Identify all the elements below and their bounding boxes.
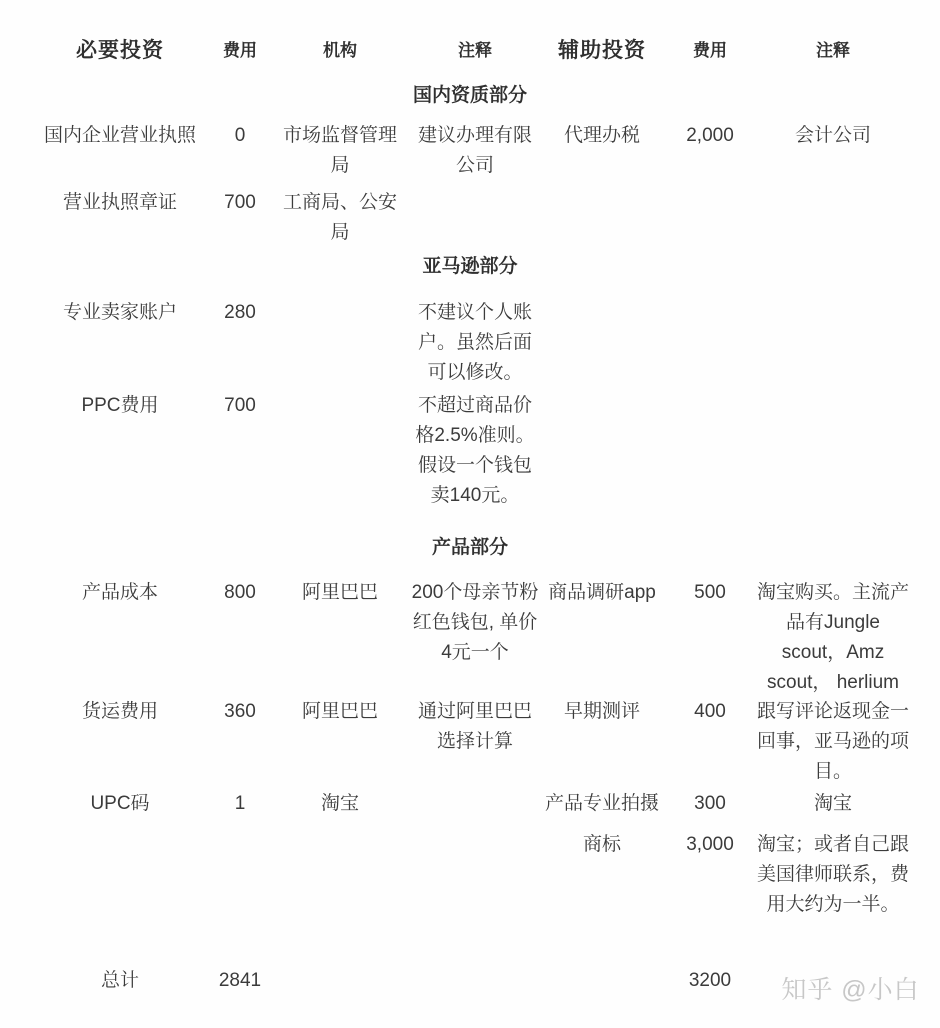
aux-fee-cell: 500 bbox=[668, 578, 752, 608]
aux-item-name-cell: 代理办税 bbox=[535, 121, 669, 151]
note-cell: 200个母亲节粉红色钱包, 单价4元一个 bbox=[410, 578, 540, 668]
note-cell: 不建议个人账户。虽然后面可以修改。 bbox=[410, 298, 540, 388]
aux-note-cell: 淘宝购买。主流产品有Jungle scout，Amz scout， herliu… bbox=[753, 578, 913, 698]
note-cell: 通过阿里巴巴选择计算 bbox=[410, 697, 540, 757]
fee-cell: 280 bbox=[200, 298, 280, 328]
item-name-cell: PPC费用 bbox=[15, 391, 225, 421]
total-auxiliary-value: 3200 bbox=[668, 966, 752, 996]
institution-cell: 市场监督管理局 bbox=[276, 121, 404, 181]
aux-fee-cell: 2,000 bbox=[668, 121, 752, 151]
aux-item-name-cell: 产品专业拍摄 bbox=[535, 789, 669, 819]
column-header-auxiliary-investment: 辅助投资 bbox=[535, 36, 669, 66]
item-name-cell: 货运费用 bbox=[15, 697, 225, 727]
item-name-cell: 营业执照章证 bbox=[15, 188, 225, 218]
aux-note-cell: 淘宝；或者自己跟美国律师联系，费用大约为一半。 bbox=[753, 830, 913, 920]
item-name-cell: 专业卖家账户 bbox=[15, 298, 225, 328]
column-header-fee-left: 费用 bbox=[200, 36, 280, 66]
aux-note-cell: 淘宝 bbox=[753, 789, 913, 819]
aux-item-name-cell: 商品调研app bbox=[535, 578, 669, 608]
item-name-cell: 国内企业营业执照 bbox=[15, 121, 225, 151]
aux-fee-cell: 3,000 bbox=[668, 830, 752, 860]
item-name-cell: 产品成本 bbox=[15, 578, 225, 608]
aux-fee-cell: 400 bbox=[668, 697, 752, 727]
total-required-value: 2841 bbox=[200, 966, 280, 996]
institution-cell: 工商局、公安局 bbox=[276, 188, 404, 248]
column-header-required-investment: 必要投资 bbox=[15, 36, 225, 66]
total-label: 总计 bbox=[15, 966, 225, 996]
column-header-notes-right: 注释 bbox=[753, 36, 913, 66]
aux-fee-cell: 300 bbox=[668, 789, 752, 819]
section-header-amazon: 亚马逊部分 bbox=[370, 255, 570, 279]
note-cell: 建议办理有限公司 bbox=[410, 121, 540, 181]
fee-cell: 360 bbox=[200, 697, 280, 727]
institution-cell: 阿里巴巴 bbox=[276, 697, 404, 727]
item-name-cell: UPC码 bbox=[15, 789, 225, 819]
aux-note-cell: 跟写评论返现金一回事，亚马逊的项目。 bbox=[753, 697, 913, 787]
cost-table-document: 必要投资 费用 机构 注释 辅助投资 费用 注释 国内资质部分 国内企业营业执照… bbox=[0, 0, 940, 1028]
institution-cell: 淘宝 bbox=[276, 789, 404, 819]
aux-note-cell: 会计公司 bbox=[753, 121, 913, 151]
note-cell: 不超过商品价格2.5%准则。假设一个钱包卖140元。 bbox=[410, 391, 540, 511]
aux-item-name-cell: 早期测评 bbox=[535, 697, 669, 727]
fee-cell: 700 bbox=[200, 391, 280, 421]
column-header-fee-right: 费用 bbox=[668, 36, 752, 66]
column-header-institution: 机构 bbox=[276, 36, 404, 66]
fee-cell: 1 bbox=[200, 789, 280, 819]
column-header-notes-left: 注释 bbox=[410, 36, 540, 66]
fee-cell: 0 bbox=[200, 121, 280, 151]
fee-cell: 700 bbox=[200, 188, 280, 218]
section-header-domestic-qualification: 国内资质部分 bbox=[370, 84, 570, 108]
fee-cell: 800 bbox=[200, 578, 280, 608]
institution-cell: 阿里巴巴 bbox=[276, 578, 404, 608]
section-header-product: 产品部分 bbox=[370, 536, 570, 560]
zhihu-watermark: 知乎 @小白 bbox=[768, 970, 933, 1006]
aux-item-name-cell: 商标 bbox=[535, 830, 669, 860]
